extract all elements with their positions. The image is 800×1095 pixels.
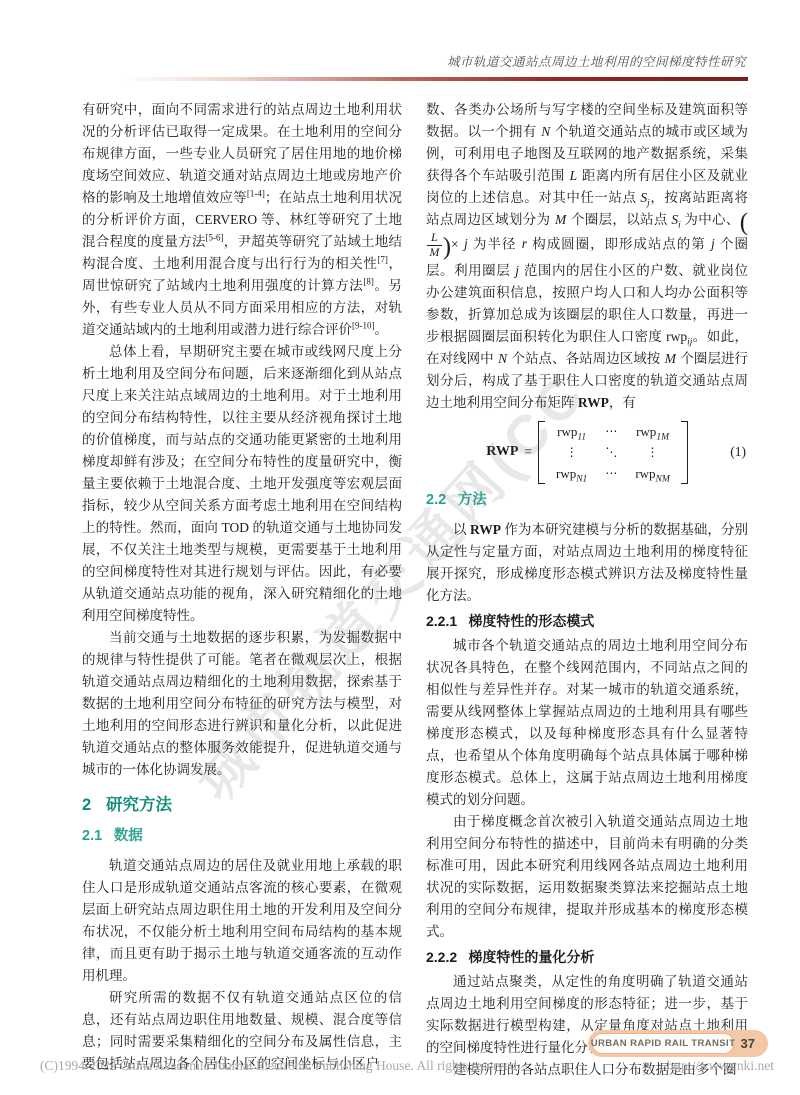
journal-badge: URBAN RAPID RAIL TRANSIT 37 <box>588 1030 768 1057</box>
paragraph-literature-review: 有研究中，面向不同需求进行的站点周边土地利用状况的分析评估已取得一定成果。在土地… <box>82 99 402 341</box>
matrix-cell: rwp1M <box>626 421 678 442</box>
section-heading-2: 2研究方法 <box>82 794 402 816</box>
journal-badge-label: URBAN RAPID RAIL TRANSIT <box>592 1033 734 1054</box>
section-number: 2.2.2 <box>426 949 457 965</box>
matrix-cell: rwp11 <box>547 421 596 442</box>
section-heading-2-2-2: 2.2.2梯度特性的量化分析 <box>426 946 748 968</box>
matrix-cell: rwpNM <box>626 463 678 484</box>
running-title: 城市轨道交通站点周边土地利用的空间梯度特性研究 <box>447 52 746 70</box>
matrix-right-bracket <box>681 421 688 484</box>
section-number: 2 <box>82 796 91 814</box>
paragraph-data-1: 轨道交通站点周边的居住及就业用地上承载的职住人口是形成轨道交通站点客流的核心要素… <box>82 855 402 987</box>
rwp-matrix: rwp11⋯rwp1M⋮⋱⋮rwpN1⋯rwpNM <box>547 421 679 484</box>
section-heading-2-2: 2.2方法 <box>426 489 748 511</box>
section-heading-2-1: 2.1数据 <box>82 825 402 847</box>
page-number: 37 <box>741 1036 755 1051</box>
paper-page: 城市轨道交通站点周边土地利用的空间梯度特性研究 城市轨道交通网(CC 有研究中，… <box>0 0 800 1095</box>
left-column: 有研究中，面向不同需求进行的站点周边土地利用状况的分析评估已取得一定成果。在土地… <box>82 99 402 1075</box>
paragraph-overview: 总体上看，早期研究主要在城市或线网尺度上分析土地利用及空间分布问题，后来逐渐细化… <box>82 341 402 627</box>
matrix-cell: rwpN1 <box>547 463 596 484</box>
matrix-cell: ⋯ <box>596 421 626 442</box>
paragraph-method: 以 RWP 作为本研究建模与分析的数据基础，分别从定性与定量方面，对站点周边土地… <box>426 519 748 607</box>
paragraph-ring-model: 数、各类办公场所与写字楼的空间坐标及建筑面积等数据。以一个拥有 N 个轨道交通站… <box>426 99 748 414</box>
section-title: 方法 <box>458 492 487 508</box>
matrix-cell: ⋮ <box>626 442 678 463</box>
equation-number: (1) <box>730 441 746 463</box>
equation-1: RWP = rwp11⋯rwp1M⋮⋱⋮rwpN1⋯rwpNM (1) <box>426 421 748 484</box>
section-number: 2.2 <box>426 492 446 508</box>
section-heading-2-2-1: 2.2.1梯度特性的形态模式 <box>426 610 748 632</box>
section-number: 2.2.1 <box>426 613 457 629</box>
matrix-left-bracket <box>538 421 545 484</box>
header-rule <box>120 77 748 81</box>
matrix-cell: ⋮ <box>547 442 596 463</box>
right-column: 数、各类办公场所与写字楼的空间坐标及建筑面积等数据。以一个拥有 N 个轨道交通站… <box>426 99 748 1081</box>
section-number: 2.1 <box>82 828 102 844</box>
paragraph-current-work: 当前交通与土地数据的逐步积累，为发掘数据中的规律与特性提供了可能。笔者在微观层次… <box>82 627 402 781</box>
paragraph-mode-2: 由于梯度概念首次被引入轨道交通站点周边土地利用空间分布特性的描述中，目前尚未有明… <box>426 811 748 943</box>
paragraph-mode-1: 城市各个轨道交通站点的周边土地利用空间分布状况各具特色，在整个线网范围内，不同站… <box>426 635 748 811</box>
matrix-cell: ⋱ <box>596 442 626 463</box>
section-title: 研究方法 <box>106 796 172 814</box>
matrix-cell: ⋯ <box>596 463 626 484</box>
section-title: 梯度特性的量化分析 <box>468 949 594 965</box>
publisher-url: http://www.cnki.net <box>667 1058 774 1074</box>
section-title: 数据 <box>114 828 143 844</box>
section-title: 梯度特性的形态模式 <box>468 613 594 629</box>
equation-lhs: RWP <box>486 441 518 463</box>
copyright-notice: (C)1994-2022 China Academic Journal Elec… <box>40 1058 520 1074</box>
equals-sign: = <box>524 441 532 463</box>
